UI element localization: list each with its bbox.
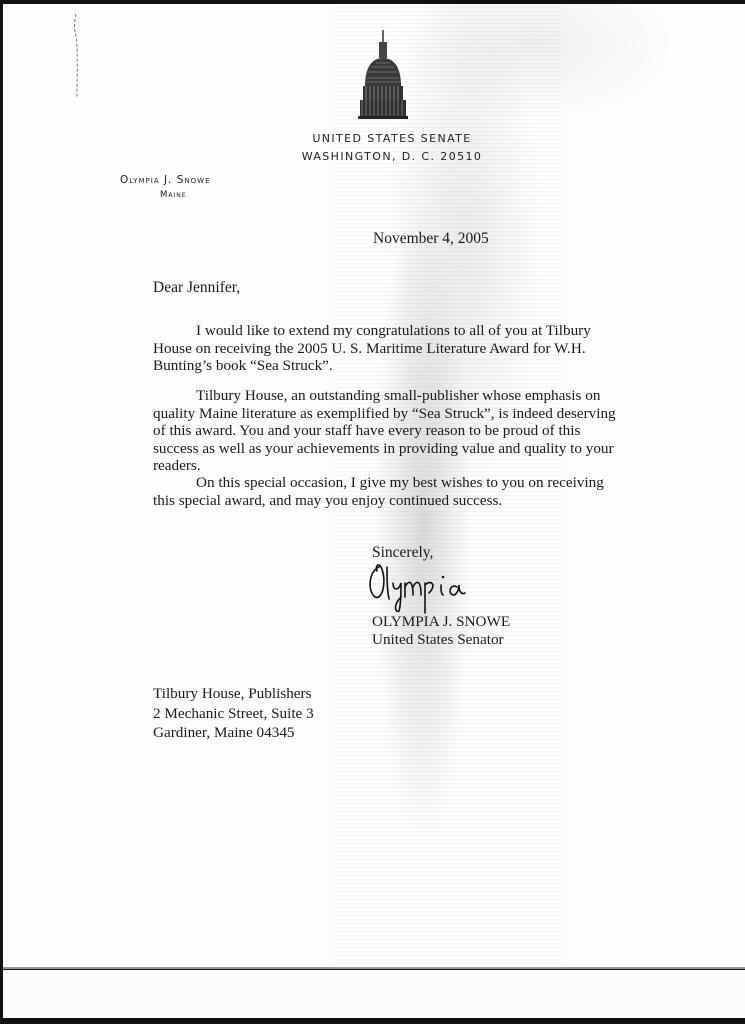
capitol-dome-icon bbox=[353, 28, 413, 124]
salutation: Dear Jennifer, bbox=[153, 279, 240, 297]
page-edge-line bbox=[3, 967, 745, 969]
address-line: Tilbury House, Publishers bbox=[153, 684, 314, 704]
address-line: Gardiner, Maine 04345 bbox=[153, 723, 314, 743]
body-paragraph: I would like to extend my congratulation… bbox=[153, 322, 623, 375]
next-page-strip bbox=[3, 970, 745, 1018]
letter-date: November 4, 2005 bbox=[373, 230, 489, 248]
sender-state: Maine bbox=[160, 190, 187, 200]
signer-title: United States Senator bbox=[372, 631, 504, 649]
letterhead-institution: UNITED STATES SENATE bbox=[307, 132, 477, 145]
signer-name: OLYMPIA J. SNOWE bbox=[372, 613, 510, 631]
scan-smudge-top bbox=[383, 4, 745, 224]
recipient-address: Tilbury House, Publishers 2 Mechanic Str… bbox=[153, 684, 314, 743]
letter-page: UNITED STATES SENATE WASHINGTON, D. C. 2… bbox=[3, 4, 745, 968]
address-line: 2 Mechanic Street, Suite 3 bbox=[153, 704, 314, 724]
body-paragraph: On this special occasion, I give my best… bbox=[153, 474, 623, 509]
body-paragraph: Tilbury House, an outstanding small-publ… bbox=[153, 387, 623, 475]
sender-name: Olympia J. Snowe bbox=[120, 174, 211, 186]
pencil-margin-mark bbox=[73, 12, 79, 102]
letterhead-location: WASHINGTON, D. C. 20510 bbox=[299, 150, 485, 163]
handwritten-signature: Olympia bbox=[365, 559, 495, 614]
